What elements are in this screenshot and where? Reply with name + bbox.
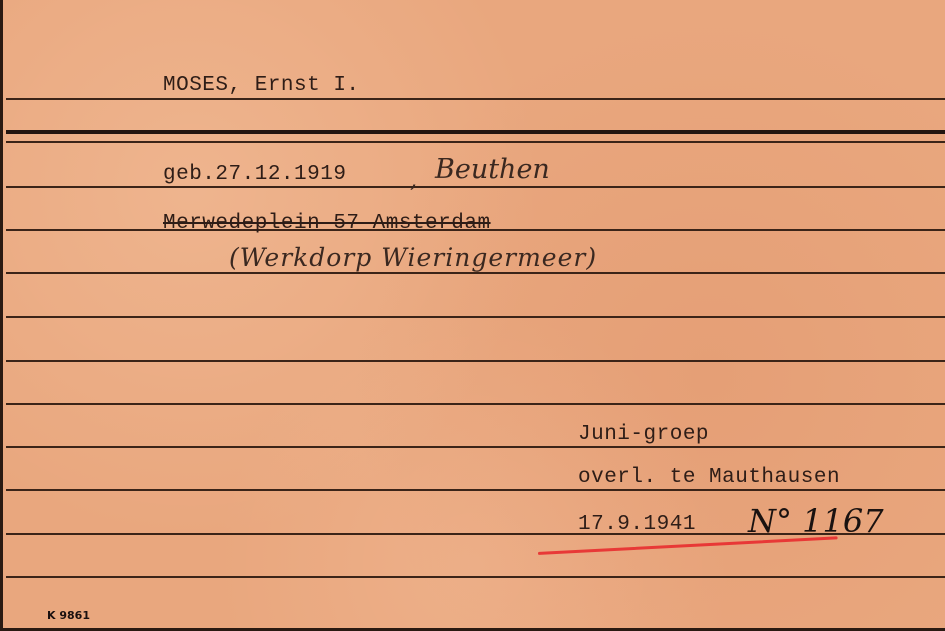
group-label: Juni-groep [578, 423, 709, 446]
birth-date: geb.27.12.1919 [163, 163, 346, 186]
ruled-line [6, 403, 945, 405]
ruled-line [6, 489, 945, 491]
ruled-line [6, 186, 945, 188]
person-name: MOSES, Ernst I. [163, 74, 360, 97]
birth-comma: , [410, 168, 417, 193]
address-handwritten: (Werkdorp Wieringermeer) [229, 243, 597, 272]
ruled-line [6, 272, 945, 274]
death-place: overl. te Mauthausen [578, 466, 840, 489]
form-code: K 9861 [47, 609, 90, 622]
ruled-line [6, 316, 945, 318]
red-pencil-mark [538, 536, 838, 555]
ruled-line [6, 446, 945, 448]
birth-place-handwritten: Beuthen [435, 154, 550, 185]
ruled-line [6, 98, 945, 100]
address-struck: Merwedeplein 57 Amsterdam [163, 212, 491, 235]
ruled-line [6, 576, 945, 578]
record-number-handwritten: N° 1167 [748, 502, 884, 540]
ruled-line [6, 141, 945, 143]
header-divider [6, 130, 945, 134]
death-date: 17.9.1941 [578, 513, 696, 536]
ruled-line [6, 360, 945, 362]
index-card: MOSES, Ernst I. geb.27.12.1919 , Beuthen… [0, 0, 945, 631]
